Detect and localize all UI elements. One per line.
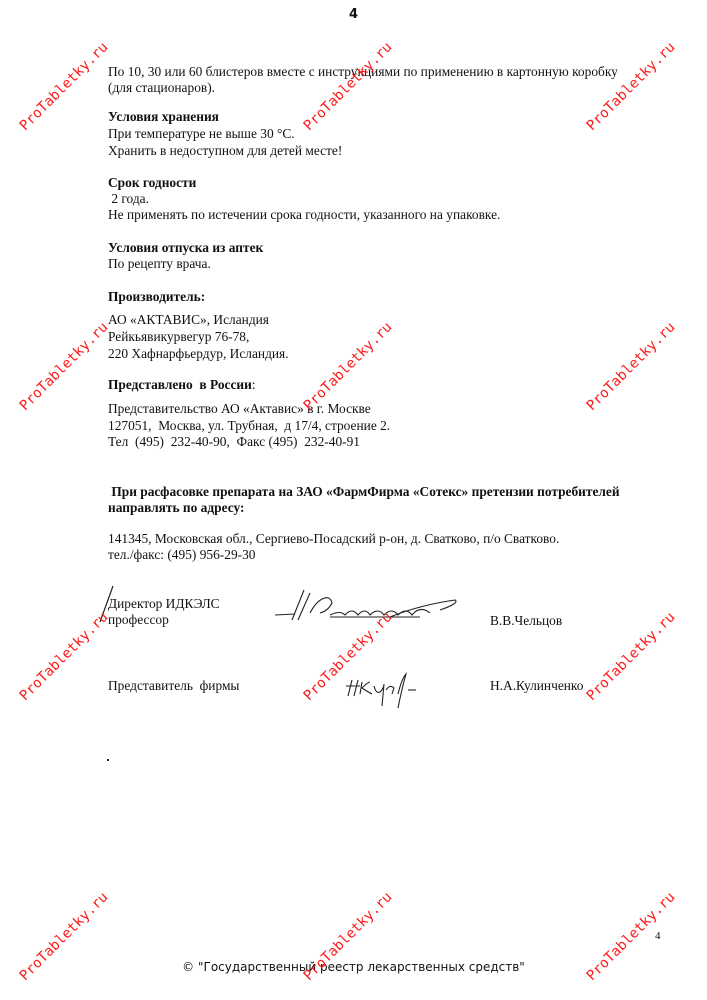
watermark: ProTabletky.ru bbox=[17, 609, 112, 704]
watermark: ProTabletky.ru bbox=[301, 319, 396, 414]
manufacturer-heading: Производитель: bbox=[108, 289, 205, 306]
watermark: ProTabletky.ru bbox=[301, 39, 396, 134]
storage-heading: Условия хранения bbox=[108, 109, 219, 126]
russia-rep-line-1: Представительство АО «Актавис» в г. Моск… bbox=[108, 401, 371, 418]
director-signature bbox=[270, 585, 465, 630]
dispensing-line-1: По рецепту врача. bbox=[108, 256, 211, 273]
russia-rep-colon: : bbox=[252, 377, 256, 392]
shelf-life-line-2: Не применять по истечении срока годности… bbox=[108, 207, 500, 224]
shelf-life-heading: Срок годности bbox=[108, 175, 196, 192]
complaints-line-1: 141345, Московская обл., Сергиево-Посадс… bbox=[108, 531, 559, 548]
russia-rep-title: Представлено в России bbox=[108, 377, 252, 392]
director-name: В.В.Чельцов bbox=[490, 613, 562, 630]
storage-line-1: При температуре не выше 30 °С. bbox=[108, 126, 295, 143]
watermark: ProTabletky.ru bbox=[584, 319, 679, 414]
page-number-bottom: 4 bbox=[655, 930, 661, 942]
complaints-line-2: тел./факс: (495) 956-29-30 bbox=[108, 547, 256, 564]
stray-dot bbox=[107, 759, 109, 761]
representative-signature bbox=[340, 668, 430, 710]
shelf-life-line-1: 2 года. bbox=[108, 191, 149, 208]
manufacturer-line-2: Рейкьявикурвегур 76-78, bbox=[108, 329, 249, 346]
watermark: ProTabletky.ru bbox=[584, 609, 679, 704]
dispensing-heading: Условия отпуска из аптек bbox=[108, 240, 263, 257]
manufacturer-line-3: 220 Хафнарфьердур, Исландия. bbox=[108, 346, 289, 363]
complaints-heading-line-2: направлять по адресу: bbox=[108, 500, 244, 517]
representative-name: Н.А.Кулинченко bbox=[490, 678, 583, 695]
representative-role: Представитель фирмы bbox=[108, 678, 239, 695]
watermark: ProTabletky.ru bbox=[17, 39, 112, 134]
page-number-top: 4 bbox=[0, 7, 707, 22]
russia-rep-line-2: 127051, Москва, ул. Трубная, д 17/4, стр… bbox=[108, 418, 390, 435]
russia-rep-line-3: Тел (495) 232-40-90, Факс (495) 232-40-9… bbox=[108, 434, 360, 451]
storage-line-2: Хранить в недоступном для детей месте! bbox=[108, 143, 342, 160]
russia-rep-heading: Представлено в России: bbox=[108, 377, 256, 394]
director-role-line-2: профессор bbox=[108, 612, 169, 629]
watermark: ProTabletky.ru bbox=[584, 39, 679, 134]
director-role-line-1: Директор ИДКЭЛС bbox=[108, 596, 220, 613]
complaints-heading-line-1: При расфасовке препарата на ЗАО «ФармФир… bbox=[108, 484, 620, 501]
watermark: ProTabletky.ru bbox=[17, 319, 112, 414]
packaging-line-2: (для стационаров). bbox=[108, 80, 215, 97]
manufacturer-line-1: АО «АКТАВИС», Исландия bbox=[108, 312, 269, 329]
